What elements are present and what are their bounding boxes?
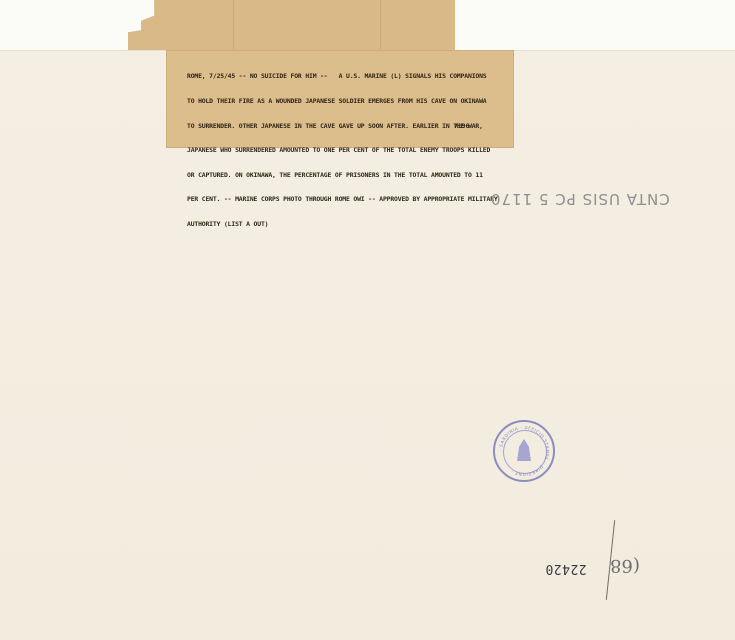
handwritten-catalog-note: CNTA USIS PC 5 1170 — [490, 190, 670, 208]
caption-text: ROME, 7/25/45 -- NO SUICIDE FOR HIM -- A… — [187, 56, 509, 245]
torn-paper-strip — [128, 0, 455, 52]
photo-number: 7196 — [454, 122, 469, 130]
stamp-serial-number: 22420 — [545, 561, 587, 576]
caption-line: PER CENT. -- MARINE CORPS PHOTO THROUGH … — [187, 195, 509, 203]
handwritten-number: (68 — [610, 555, 640, 576]
caption-line: ROME, 7/25/45 -- NO SUICIDE FOR HIM -- A… — [187, 72, 509, 80]
caption-line: TO HOLD THEIR FIRE AS A WOUNDED JAPANESE… — [187, 97, 509, 105]
crease — [233, 0, 234, 52]
caption-line: AUTHORITY (LIST A OUT) — [187, 220, 509, 228]
caption-clipping: ROME, 7/25/45 -- NO SUICIDE FOR HIM -- A… — [166, 50, 514, 148]
crease — [380, 0, 381, 52]
circular-stamp-icon: · SARDINIA · UFFICIO STAMPA · DIREZIONE … — [493, 420, 555, 482]
caption-line: JAPANESE WHO SURRENDERED AMOUNTED TO ONE… — [187, 146, 509, 154]
caption-line: OR CAPTURED. ON OKINAWA, THE PERCENTAGE … — [187, 171, 509, 179]
